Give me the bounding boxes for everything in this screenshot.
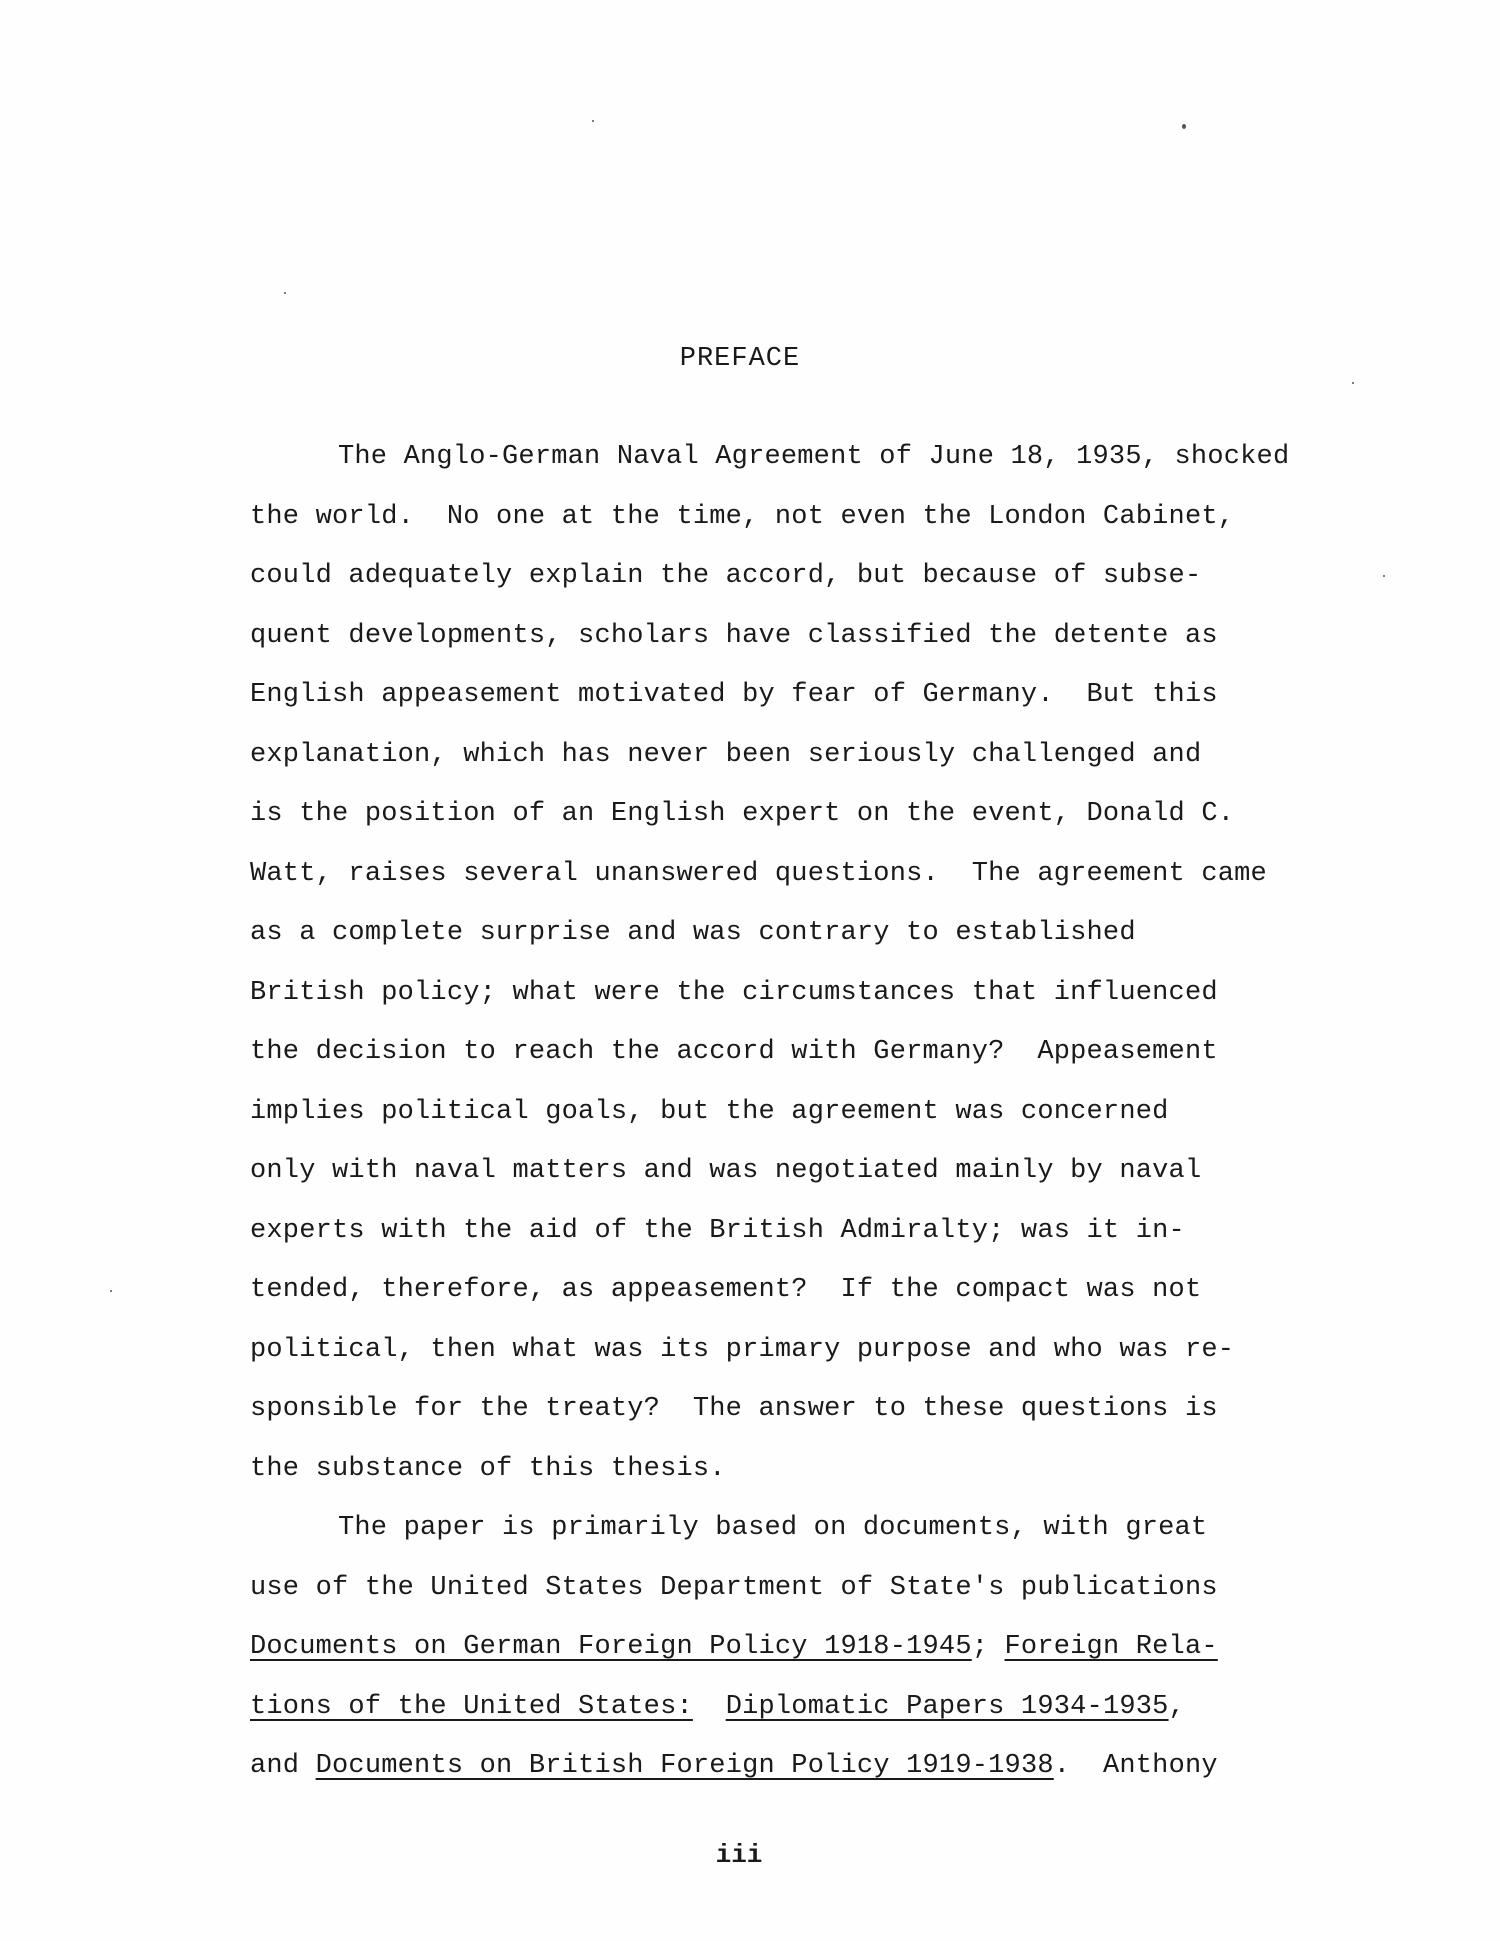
paragraph-1: The Anglo-German Naval Agreement of June… [250, 428, 1400, 1499]
text-line: British policy; what were the circumstan… [250, 964, 1400, 1024]
scan-speck [1352, 382, 1354, 384]
text-line: English appeasement motivated by fear of… [250, 666, 1400, 726]
separator: ; [972, 1632, 1005, 1662]
separator [693, 1692, 726, 1722]
citation-line: Documents on German Foreign Policy 1918-… [250, 1618, 1400, 1678]
citation-line: tions of the United States: Diplomatic P… [250, 1678, 1400, 1738]
text-line: the substance of this thesis. [250, 1440, 1400, 1500]
text-line: The paper is primarily based on document… [250, 1499, 1400, 1559]
text-line: experts with the aid of the British Admi… [250, 1202, 1400, 1262]
scan-speck [1383, 575, 1385, 577]
text-line: The Anglo-German Naval Agreement of June… [250, 428, 1400, 488]
page-title: PREFACE [0, 344, 1480, 374]
scan-speck [592, 120, 594, 122]
document-page: PREFACE The Anglo-German Naval Agreement… [0, 0, 1500, 1941]
text-line: only with naval matters and was negotiat… [250, 1142, 1400, 1202]
text-line: implies political goals, but the agreeme… [250, 1083, 1400, 1143]
citation-title: Documents on British Foreign Policy 1919… [316, 1751, 1054, 1781]
text-line: is the position of an English expert on … [250, 785, 1400, 845]
citation-title: Diplomatic Papers 1934-1935 [726, 1692, 1169, 1722]
citation-title: tions of the United States: [250, 1692, 693, 1722]
citation-title: Documents on German Foreign Policy 1918-… [250, 1632, 972, 1662]
page-number: iii [0, 1840, 1478, 1870]
text-line: political, then what was its primary pur… [250, 1321, 1400, 1381]
scan-speck [110, 1290, 112, 1292]
scan-speck [284, 292, 286, 294]
text-line: quent developments, scholars have classi… [250, 607, 1400, 667]
text-line: the world. No one at the time, not even … [250, 488, 1400, 548]
text-line: use of the United States Department of S… [250, 1559, 1400, 1619]
text-line: as a complete surprise and was contrary … [250, 904, 1400, 964]
text-line: sponsible for the treaty? The answer to … [250, 1380, 1400, 1440]
document-body: The Anglo-German Naval Agreement of June… [250, 428, 1400, 1797]
text-line: explanation, which has never been seriou… [250, 726, 1400, 786]
citation-title: Foreign Rela- [1005, 1632, 1218, 1662]
text-line: Watt, raises several unanswered question… [250, 845, 1400, 905]
text-line: tended, therefore, as appeasement? If th… [250, 1261, 1400, 1321]
paragraph-2: The paper is primarily based on document… [250, 1499, 1400, 1797]
text-fragment: . Anthony [1054, 1751, 1218, 1781]
citation-line: and Documents on British Foreign Policy … [250, 1737, 1400, 1797]
text-line: the decision to reach the accord with Ge… [250, 1023, 1400, 1083]
text-line: could adequately explain the accord, but… [250, 547, 1400, 607]
text-fragment: and [250, 1751, 316, 1781]
separator: , [1169, 1692, 1185, 1722]
scan-speck [1182, 124, 1186, 129]
